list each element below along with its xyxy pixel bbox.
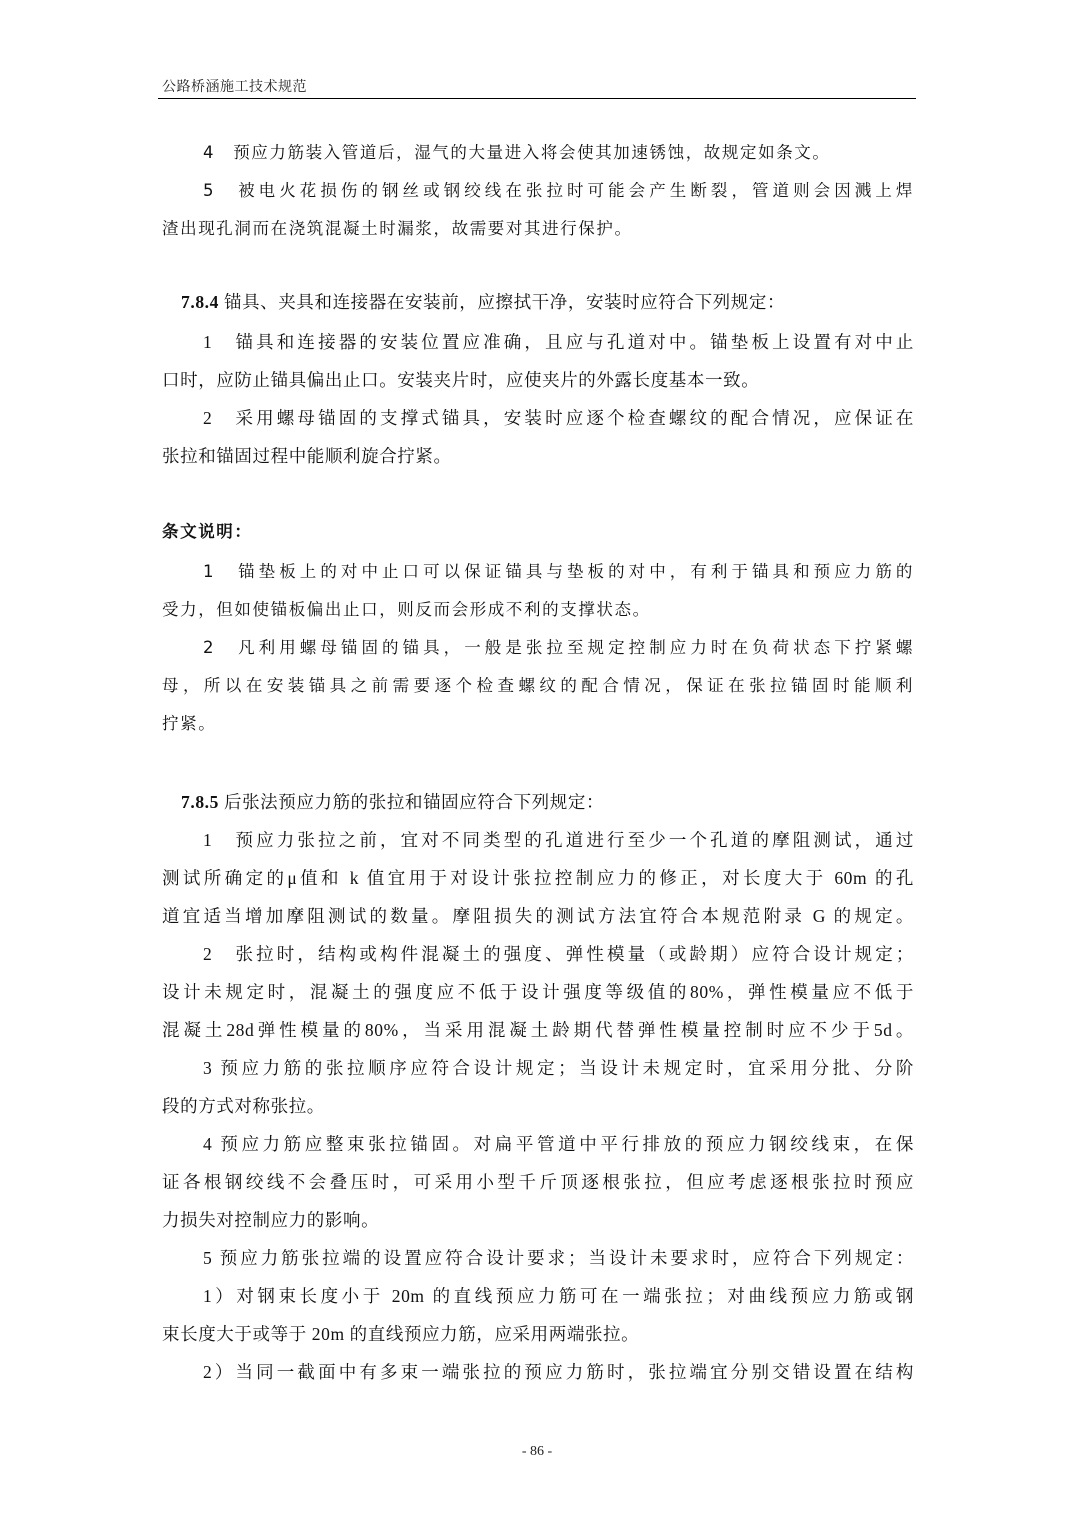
note-item-4: 4 预应力筋装入管道后，湿气的大量进入将会使其加速锈蚀，故规定如条文。 [203, 139, 914, 163]
clause-785-4-line2: 证各根钢绞线不会叠压时，可采用小型千斤顶逐根张拉，但应考虑逐根张拉时预应 [162, 1169, 914, 1194]
clause-785-4-line3: 力损失对控制应力的影响。 [162, 1207, 914, 1232]
section-number: 7.8.5 [181, 792, 219, 812]
clause-784-2-line2: 张拉和锚固过程中能顺利旋合拧紧。 [162, 443, 914, 468]
section-title: 后张法预应力筋的张拉和锚固应符合下列规定： [219, 792, 604, 812]
section-7-8-5-heading: 7.8.5 后张法预应力筋的张拉和锚固应符合下列规定： [181, 789, 933, 814]
note-item-5-line2: 渣出现孔洞而在浇筑混凝土时漏浆，故需要对其进行保护。 [162, 215, 914, 239]
clause-785-2-line3: 混凝土28d弹性模量的80%，当采用混凝土龄期代替弹性模量控制时应不少于5d。 [162, 1017, 914, 1042]
clause-785-1-line2: 测试所确定的μ值和 k 值宜用于对设计张拉控制应力的修正，对长度大于 60m 的… [162, 865, 914, 890]
note-784-2-line3: 拧紧。 [162, 710, 914, 734]
clause-784-2-line1: 2 采用螺母锚固的支撑式锚具，安装时应逐个检查螺纹的配合情况，应保证在 [203, 405, 914, 430]
note-784-2-line1: 2 凡利用螺母锚固的锚具，一般是张拉至规定控制应力时在负荷状态下拧紧螺 [203, 634, 914, 658]
clause-784-1-line1: 1 锚具和连接器的安装位置应准确，且应与孔道对中。锚垫板上设置有对中止 [203, 329, 914, 354]
section-title: 锚具、夹具和连接器在安装前，应擦拭干净，安装时应符合下列规定： [219, 292, 785, 312]
running-header: 公路桥涵施工技术规范 [162, 76, 307, 96]
section-7-8-4-heading: 7.8.4 锚具、夹具和连接器在安装前，应擦拭干净，安装时应符合下列规定： [181, 289, 933, 314]
clause-785-5-sub1-line2: 束长度大于或等于 20m 的直线预应力筋，应采用两端张拉。 [162, 1321, 914, 1346]
clause-785-5-line1: 5 预应力筋张拉端的设置应符合设计要求；当设计未要求时，应符合下列规定： [203, 1245, 914, 1270]
note-item-5-line1: 5 被电火花损伤的钢丝或钢绞线在张拉时可能会产生断裂，管道则会因溅上焊 [203, 177, 914, 201]
clause-notes-title: 条文说明： [162, 518, 914, 542]
header-divider [158, 98, 916, 99]
clause-785-5-sub1-line1: 1）对钢束长度小于 20m 的直线预应力筋可在一端张拉；对曲线预应力筋或钢 [203, 1283, 914, 1308]
clause-784-1-line2: 口时，应防止锚具偏出止口。安装夹片时，应使夹片的外露长度基本一致。 [162, 367, 914, 392]
clause-785-2-line2: 设计未规定时，混凝土的强度应不低于设计强度等级值的80%，弹性模量应不低于 [162, 979, 914, 1004]
note-784-2-line2: 母，所以在安装锚具之前需要逐个检查螺纹的配合情况，保证在张拉锚固时能顺利 [162, 672, 914, 696]
clause-785-1-line1: 1 预应力张拉之前，宜对不同类型的孔道进行至少一个孔道的摩阻测试，通过 [203, 827, 914, 852]
clause-785-3-line2: 段的方式对称张拉。 [162, 1093, 914, 1118]
clause-785-3-line1: 3 预应力筋的张拉顺序应符合设计规定；当设计未规定时，宜采用分批、分阶 [203, 1055, 914, 1080]
note-784-1-line1: 1 锚垫板上的对中止口可以保证锚具与垫板的对中，有利于锚具和预应力筋的 [203, 558, 914, 582]
page-number: - 86 - [0, 1444, 1074, 1460]
clause-785-1-line3: 道宜适当增加摩阻测试的数量。摩阻损失的测试方法宜符合本规范附录 G 的规定。 [162, 903, 914, 928]
clause-785-4-line1: 4 预应力筋应整束张拉锚固。对扁平管道中平行排放的预应力钢绞线束，在保 [203, 1131, 914, 1156]
clause-785-5-sub2-line1: 2）当同一截面中有多束一端张拉的预应力筋时，张拉端宜分别交错设置在结构 [203, 1359, 914, 1384]
note-784-1-line2: 受力，但如使锚板偏出止口，则反而会形成不利的支撑状态。 [162, 596, 914, 620]
clause-785-2-line1: 2 张拉时，结构或构件混凝土的强度、弹性模量（或龄期）应符合设计规定； [203, 941, 914, 966]
document-page: 公路桥涵施工技术规范 4 预应力筋装入管道后，湿气的大量进入将会使其加速锈蚀，故… [0, 0, 1074, 1520]
section-number: 7.8.4 [181, 292, 219, 312]
